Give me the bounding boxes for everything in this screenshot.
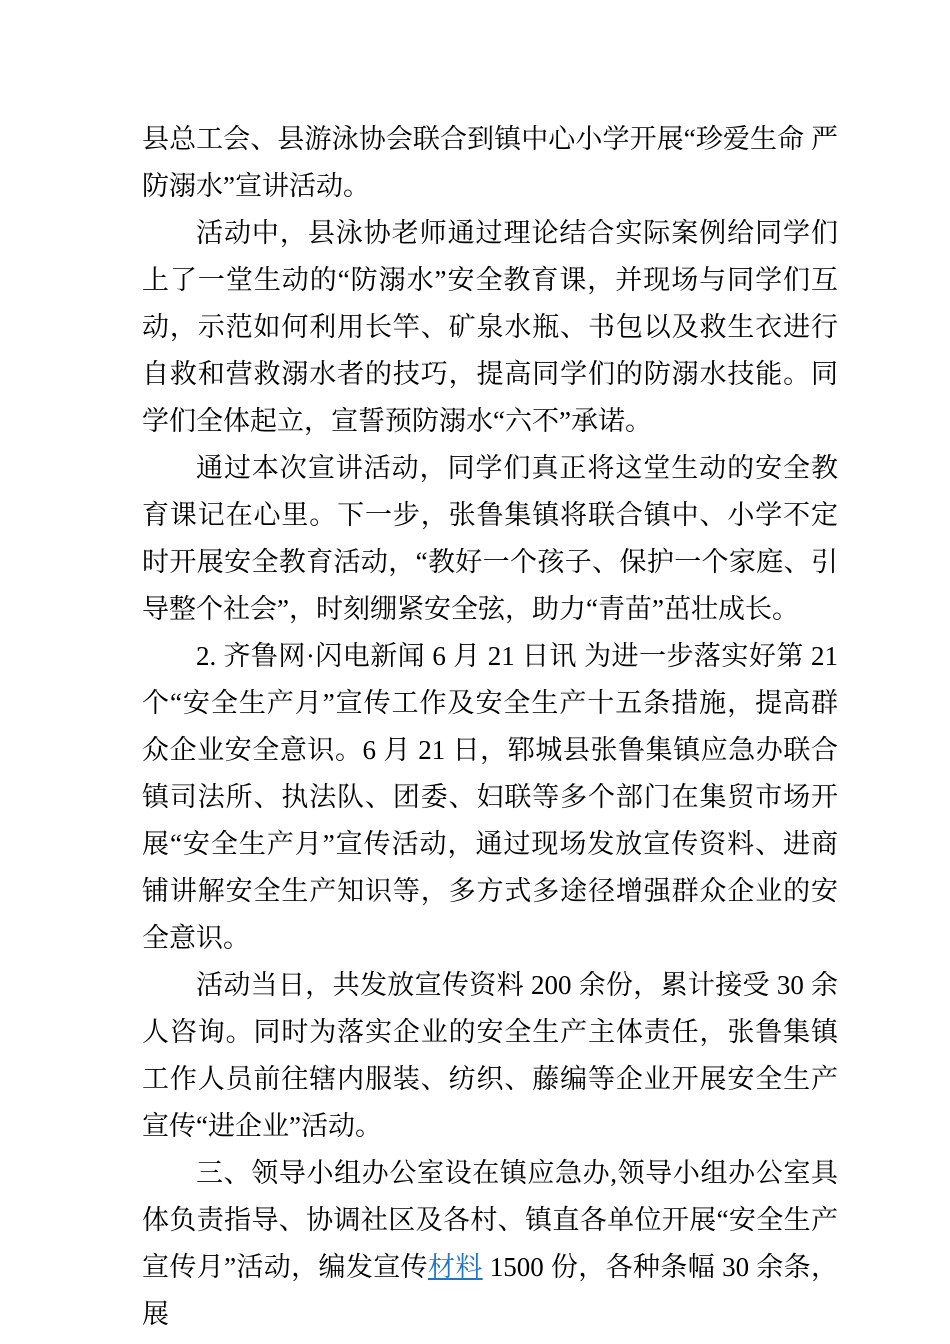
paragraph-4: 2. 齐鲁网·闪电新闻 6 月 21 日讯 为进一步落实好第 21 个“安全生产…: [142, 633, 838, 962]
document-page: 县总工会、县游泳协会联合到镇中心小学开展“珍爱生命 严防溺水”宣讲活动。 活动中…: [0, 0, 950, 1344]
paragraph-3: 通过本次宣讲活动，同学们真正将这堂生动的安全教育课记在心里。下一步，张鲁集镇将联…: [142, 445, 838, 633]
paragraph-3-text: 通过本次宣讲活动，同学们真正将这堂生动的安全教育课记在心里。下一步，张鲁集镇将联…: [142, 453, 838, 624]
paragraph-2-text: 活动中，县泳协老师通过理论结合实际案例给同学们上了一堂生动的“防溺水”安全教育课…: [142, 218, 838, 436]
paragraph-5-text: 活动当日，共发放宣传资料 200 余份，累计接受 30 余人咨询。同时为落实企业…: [142, 970, 838, 1141]
paragraph-4-text: 2. 齐鲁网·闪电新闻 6 月 21 日讯 为进一步落实好第 21 个“安全生产…: [142, 641, 838, 953]
paragraph-5: 活动当日，共发放宣传资料 200 余份，累计接受 30 余人咨询。同时为落实企业…: [142, 962, 838, 1150]
materials-hyperlink[interactable]: 材料: [428, 1252, 483, 1282]
paragraph-2: 活动中，县泳协老师通过理论结合实际案例给同学们上了一堂生动的“防溺水”安全教育课…: [142, 210, 838, 445]
paragraph-6: 三、领导小组办公室设在镇应急办,领导小组办公室具体负责指导、协调社区及各村、镇直…: [142, 1150, 838, 1338]
paragraph-1-text: 县总工会、县游泳协会联合到镇中心小学开展“珍爱生命 严防溺水”宣讲活动。: [142, 124, 838, 201]
paragraph-1: 县总工会、县游泳协会联合到镇中心小学开展“珍爱生命 严防溺水”宣讲活动。: [142, 116, 838, 210]
